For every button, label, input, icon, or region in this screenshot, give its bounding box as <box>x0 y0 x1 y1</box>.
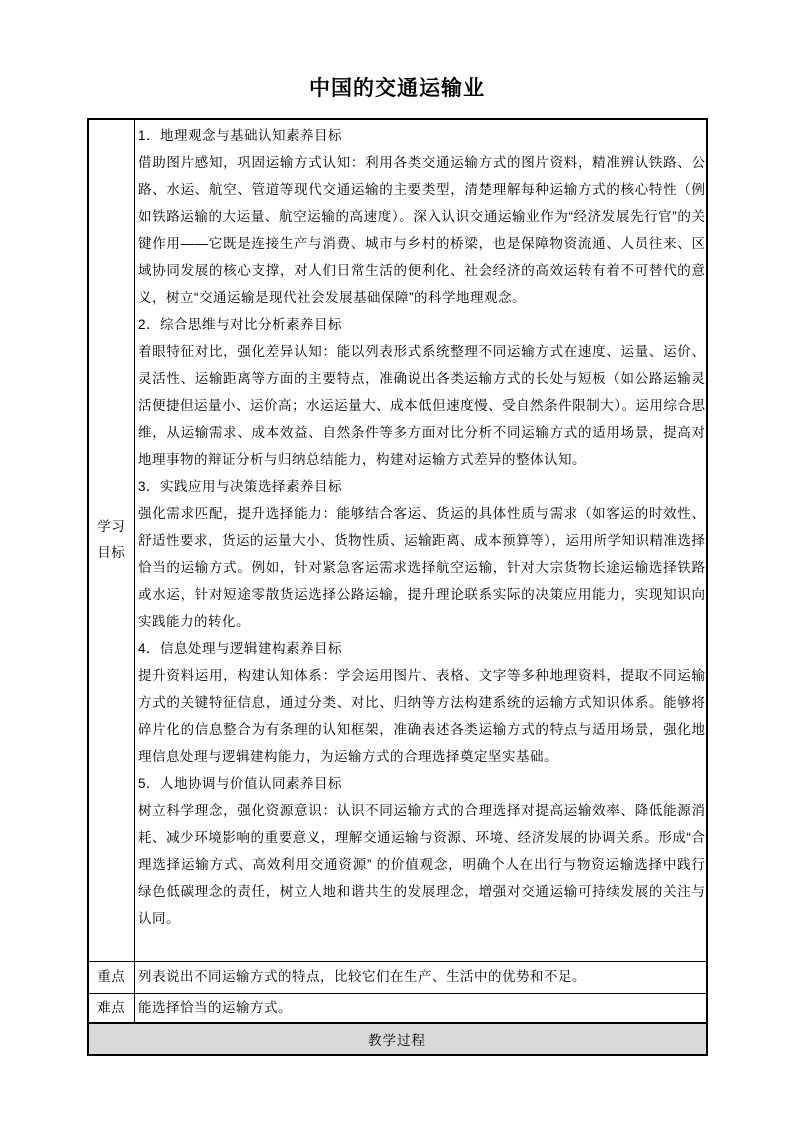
objective-4-heading: 4．信息处理与逻辑建构素养目标 <box>138 635 706 662</box>
difficulty-row-label: 难点 <box>88 993 135 1023</box>
difficulty-content: 能选择恰当的运输方式。 <box>135 993 707 1023</box>
objective-4-body: 提升资料运用，构建认知体系：学会运用图片、表格、文字等多种地理资料，提取不同运输… <box>138 662 706 770</box>
teaching-process-row: 教学过程 <box>88 1023 707 1055</box>
objectives-content-cell: 1．地理观念与基础认知素养目标 借助图片感知，巩固运输方式认知：利用各类交通运输… <box>135 119 707 961</box>
objective-2-body: 着眼特征对比，强化差异认知：能以列表形式系统整理不同运输方式在速度、运量、运价、… <box>138 338 706 473</box>
objective-3-body: 强化需求匹配，提升选择能力：能够结合客运、货运的具体性质与需求（如客运的时效性、… <box>138 500 706 635</box>
objective-1-heading: 1．地理观念与基础认知素养目标 <box>138 122 706 149</box>
objectives-row: 学习目标 1．地理观念与基础认知素养目标 借助图片感知，巩固运输方式认知：利用各… <box>88 119 707 961</box>
document-page: 中国的交通运输业 学习目标 1．地理观念与基础认知素养目标 借助图片感知，巩固运… <box>0 0 794 1123</box>
objective-3-heading: 3．实践应用与决策选择素养目标 <box>138 473 706 500</box>
teaching-process-header: 教学过程 <box>88 1023 707 1055</box>
objectives-row-label: 学习目标 <box>88 119 135 961</box>
objective-2-heading: 2．综合思维与对比分析素养目标 <box>138 311 706 338</box>
lesson-plan-table: 学习目标 1．地理观念与基础认知素养目标 借助图片感知，巩固运输方式认知：利用各… <box>87 118 708 1056</box>
objective-5-heading: 5．人地协调与价值认同素养目标 <box>138 770 706 797</box>
key-point-row: 重点 列表说出不同运输方式的特点，比较它们在生产、生活中的优势和不足。 <box>88 961 707 993</box>
objective-5-body: 树立科学理念，强化资源意识：认识不同运输方式的合理选择对提高运输效率、降低能源消… <box>138 797 706 932</box>
objective-1-body: 借助图片感知，巩固运输方式认知：利用各类交通运输方式的图片资料，精准辨认铁路、公… <box>138 149 706 311</box>
key-point-content: 列表说出不同运输方式的特点，比较它们在生产、生活中的优势和不足。 <box>135 961 707 993</box>
difficulty-row: 难点 能选择恰当的运输方式。 <box>88 993 707 1023</box>
document-title: 中国的交通运输业 <box>0 75 794 102</box>
key-point-row-label: 重点 <box>88 961 135 993</box>
